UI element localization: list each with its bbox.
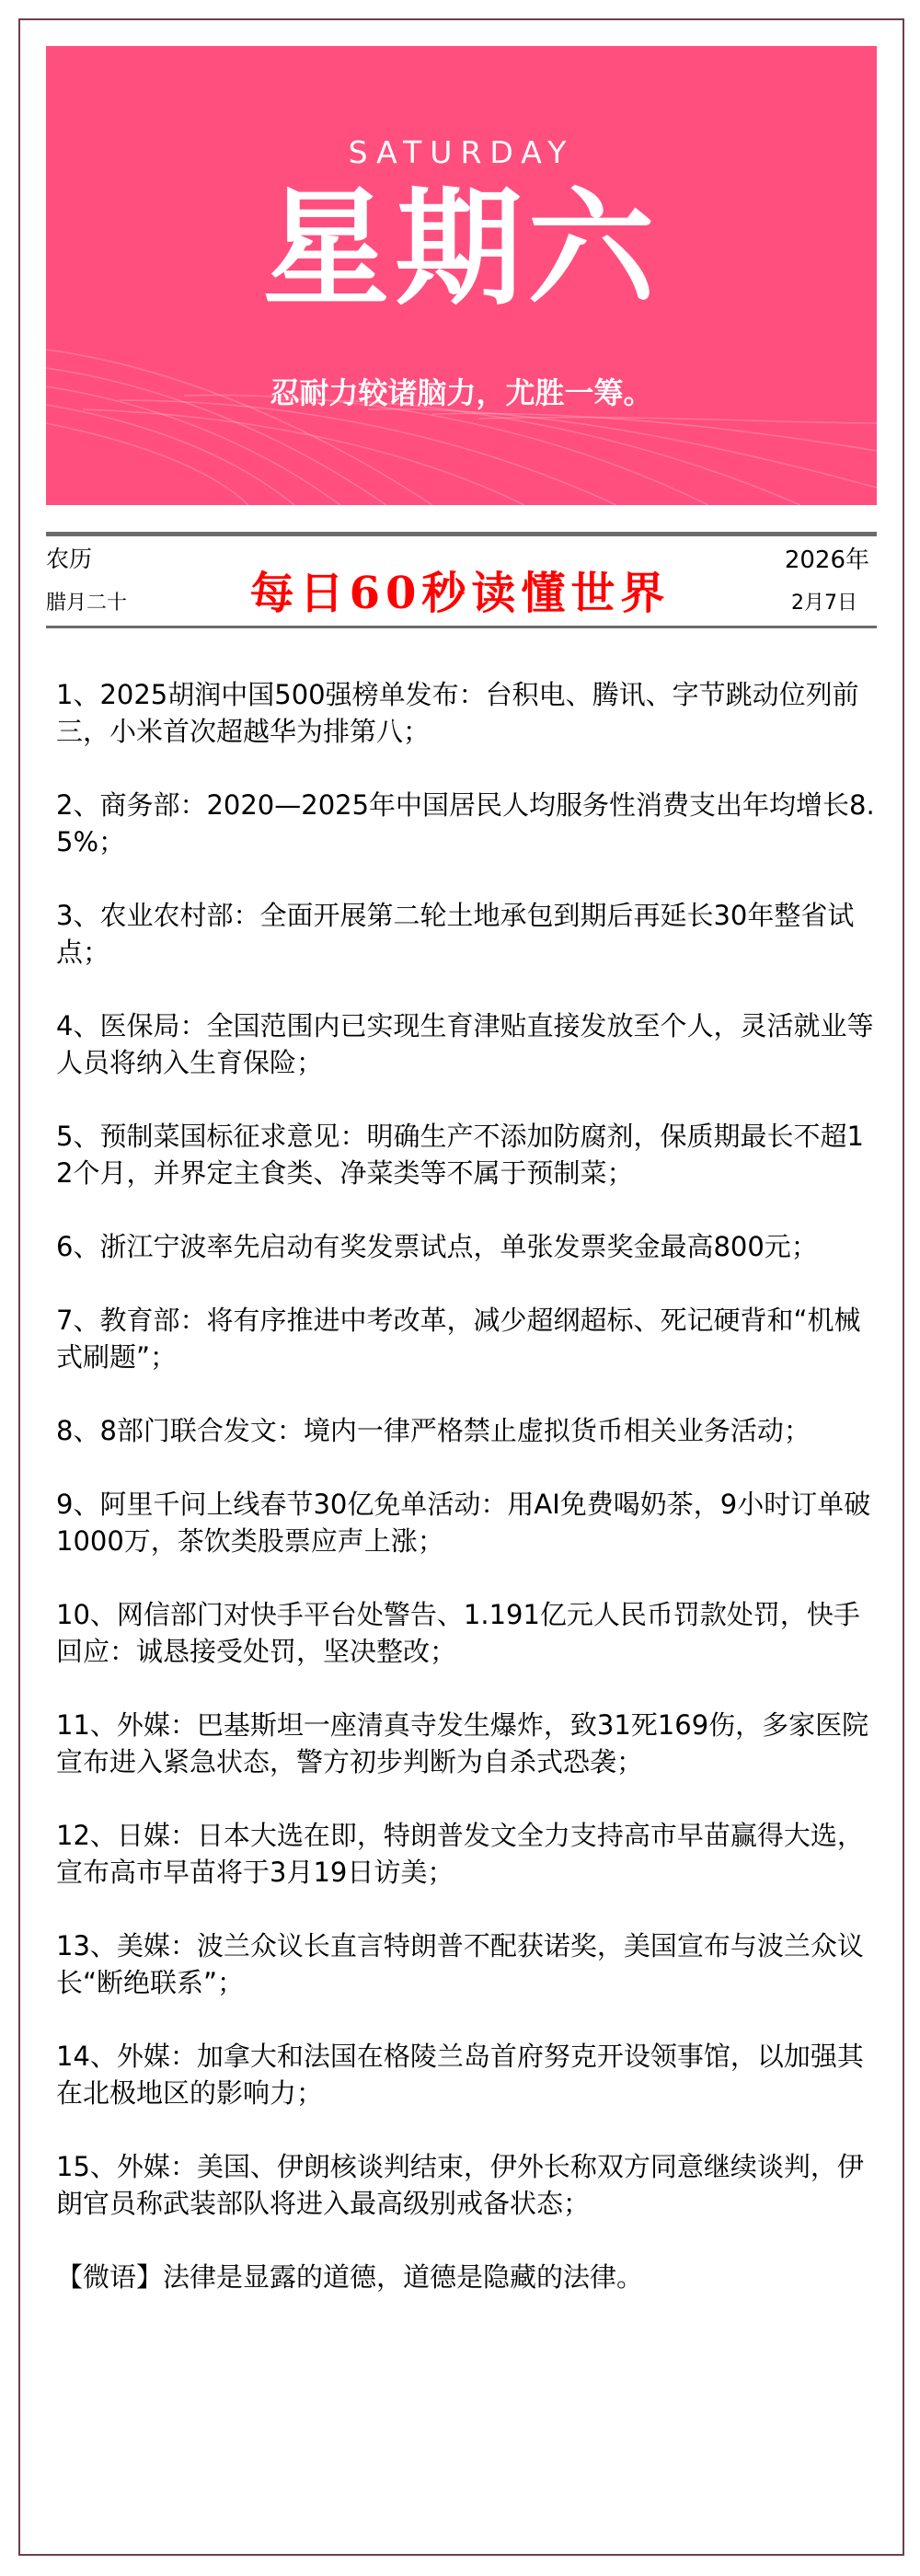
weekday-chinese: 星期六 bbox=[46, 175, 877, 322]
gregorian-month-day: 2月7日 bbox=[791, 587, 857, 615]
news-item: 15、外媒：美国、伊朗核谈判结束，伊外长称双方同意继续谈判，伊朗官员称武装部队将… bbox=[56, 2148, 875, 2222]
news-item: 2、商务部：2020—2025年中国居民人均服务性消费支出年均增长8.5%； bbox=[56, 787, 875, 860]
news-list: 1、2025胡润中国500强榜单发布：台积电、腾讯、字节跳动位列前三，小米首次超… bbox=[56, 676, 875, 2322]
weekday-banner: SATURDAY 星期六 忍耐力较诸脑力，尤胜一筹。 bbox=[46, 46, 877, 505]
header-divider-bottom bbox=[46, 626, 877, 628]
weekday-english: SATURDAY bbox=[46, 134, 877, 170]
daily-motto: 忍耐力较诸脑力，尤胜一筹。 bbox=[46, 370, 877, 412]
news-item: 8、8部门联合发文：境内一律严格禁止虚拟货币相关业务活动； bbox=[56, 1412, 875, 1449]
news-item: 14、外媒：加拿大和法国在格陵兰岛首府努克开设领事馆，以加强其在北极地区的影响力… bbox=[56, 2038, 875, 2111]
news-item: 10、网信部门对快手平台处警告、1.191亿元人民币罚款处罚，快手回应：诚恳接受… bbox=[56, 1596, 875, 1670]
news-item: 1、2025胡润中国500强榜单发布：台积电、腾讯、字节跳动位列前三，小米首次超… bbox=[56, 676, 875, 750]
page-title: 每日60秒读懂世界 bbox=[0, 558, 920, 621]
daily-quote: 【微语】法律是显露的道德，道德是隐藏的法律。 bbox=[56, 2259, 875, 2295]
news-item: 13、美媒：波兰众议长直言特朗普不配获诺奖，美国宣布与波兰众议长“断绝联系”； bbox=[56, 1927, 875, 2001]
news-item: 4、医保局：全国范围内已实现生育津贴直接发放至个人，灵活就业等人员将纳入生育保险… bbox=[56, 1007, 875, 1081]
news-item: 9、阿里千问上线春节30亿免单活动：用AI免费喝奶茶，9小时订单破1000万，茶… bbox=[56, 1486, 875, 1559]
news-item: 5、预制菜国标征求意见：明确生产不添加防腐剂，保质期最长不超12个月，并界定主食… bbox=[56, 1118, 875, 1191]
news-item: 3、农业农村部：全面开展第二轮土地承包到期后再延长30年整省试点； bbox=[56, 897, 875, 971]
news-item: 7、教育部：将有序推进中考改革，减少超纲超标、死记硬背和“机械式刷题”； bbox=[56, 1302, 875, 1375]
header-divider-top bbox=[46, 532, 877, 536]
news-item: 11、外媒：巴基斯坦一座清真寺发生爆炸，致31死169伤，多家医院宣布进入紧急状… bbox=[56, 1707, 875, 1780]
news-item: 6、浙江宁波率先启动有奖发票试点，单张发票奖金最高800元； bbox=[56, 1228, 875, 1265]
gregorian-year: 2026年 bbox=[785, 541, 869, 575]
news-item: 12、日媒：日本大选在即，特朗普发文全力支持高市早苗赢得大选，宣布高市早苗将于3… bbox=[56, 1817, 875, 1891]
